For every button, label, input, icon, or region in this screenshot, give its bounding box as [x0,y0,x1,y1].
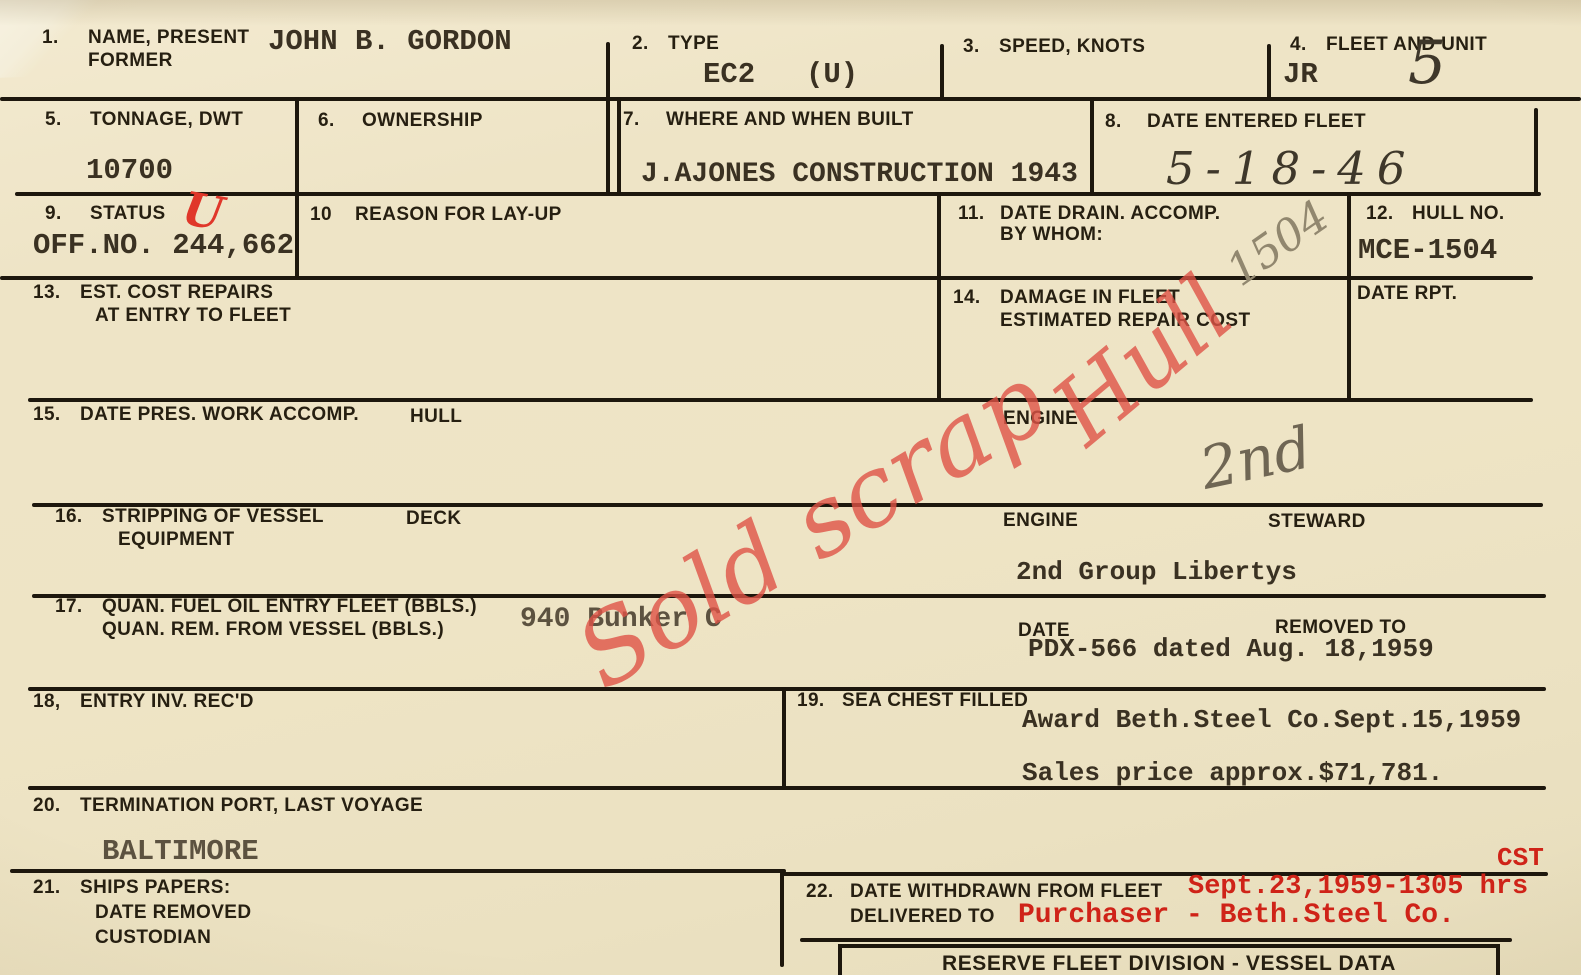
field15-number: 15. [33,404,61,426]
field10-label: REASON FOR LAY-UP [355,204,562,226]
vessel-data-card: 1. NAME, PRESENT FORMER JOHN B. GORDON 2… [0,0,1581,975]
divider [28,687,1546,691]
official-number-value: OFF.NO. 244,662 [33,231,294,260]
field7-number: 7. [623,109,640,131]
field14-number: 14. [953,287,981,309]
field18-number: 18, [33,691,61,713]
field15-label: DATE PRES. WORK ACCOMP. [80,404,359,426]
field9-label: STATUS [90,203,166,225]
field16-steward-column: STEWARD [1268,511,1366,533]
field13-number: 13. [33,282,61,304]
field8-label: DATE ENTERED FLEET [1147,111,1366,133]
date-entered-handwritten: 5-18-46 [1166,142,1417,195]
red-script-sold-scrap: Sold scrap [566,358,1059,700]
field21-sublabel-custodian: CUSTODIAN [95,927,211,949]
divider [606,42,610,194]
fleet-value: JR [1283,60,1318,89]
field18-label: ENTRY INV. REC'D [80,691,254,713]
field3-label: SPEED, KNOTS [999,36,1145,58]
field6-label: OWNERSHIP [362,110,483,132]
sales-price-value: Sales price approx.$71,781. [1022,760,1443,786]
divider [940,44,944,99]
field3-number: 3. [963,36,980,58]
field19-label: SEA CHEST FILLED [842,690,1028,712]
pencil-2nd-annotation: 2nd [1194,413,1317,503]
divider [1090,97,1094,194]
field17-number: 17. [55,596,83,618]
field21-label: SHIPS PAPERS: [80,877,231,899]
field20-number: 20. [33,795,61,817]
field12-number: 12. [1366,203,1394,225]
field11-label: DATE DRAIN. ACCOMP. [1000,203,1220,225]
field6-number: 6. [318,110,335,132]
field16-label: STRIPPING OF VESSEL [102,506,324,528]
withdrawn-date-stamp: Sept.23,1959-1305 hrs [1188,874,1528,901]
divider [0,276,1533,280]
field5-label: TONNAGE, DWT [90,109,243,131]
removed-to-value: PDX-566 dated Aug. 18,1959 [1028,636,1434,662]
divider [782,687,786,788]
field5-number: 5. [45,109,62,131]
divider [1267,44,1271,99]
field9-number: 9. [45,203,62,225]
field16-number: 16. [55,506,83,528]
built-value: J.AJONES CONSTRUCTION 1943 [641,161,1078,189]
field11-sublabel: BY WHOM: [1000,224,1103,246]
ship-name-value: JOHN B. GORDON [268,27,512,56]
field1-sublabel: FORMER [88,50,173,72]
field17-sublabel: QUAN. REM. FROM VESSEL (BBLS.) [102,619,444,641]
field8-number: 8. [1105,111,1122,133]
field22-sublabel: DELIVERED TO [850,906,995,928]
field10-number: 10 [310,204,332,226]
divider [10,869,786,873]
field22-number: 22. [806,881,834,903]
field19-number: 19. [797,690,825,712]
field21-number: 21. [33,877,61,899]
type-value-u: (U) [806,60,858,89]
field15-hull-column: HULL [410,406,462,428]
field13-sublabel: AT ENTRY TO FLEET [95,305,291,327]
pencil-1504-annotation: 1504 [1217,190,1338,296]
divider [1534,108,1538,194]
field16-deck-column: DECK [406,508,461,530]
field13-label: EST. COST REPAIRS [80,282,273,304]
divider [800,938,1512,942]
type-value: EC2 [703,60,755,89]
field16-engine-column: ENGINE [1003,510,1078,532]
field1-label: NAME, PRESENT [88,27,249,49]
termination-port-value: BALTIMORE [102,837,259,866]
delivered-to-stamp: Purchaser - Beth.Steel Co. [1018,902,1455,930]
group-libertys-value: 2nd Group Libertys [1016,559,1297,585]
hull-number-value: MCE-1504 [1358,236,1497,265]
field4-label: FLEET AND UNIT [1326,34,1487,56]
fleet-unit-handwritten: 5 [1408,28,1446,98]
field21-sublabel-date-removed: DATE REMOVED [95,902,251,924]
divider [0,97,1581,101]
field16-sublabel: EQUIPMENT [118,529,235,551]
tonnage-value: 10700 [86,156,173,185]
field1-number: 1. [42,27,59,49]
divider [937,192,941,400]
field20-label: TERMINATION PORT, LAST VOYAGE [80,795,423,817]
field17-label: QUAN. FUEL OIL ENTRY FLEET (BBLS.) [102,596,477,618]
cst-timezone-stamp: CST [1497,845,1544,871]
field12-label: HULL NO. [1412,203,1505,225]
reserve-fleet-division-title: RESERVE FLEET DIVISION - VESSEL DATA [942,952,1396,975]
divider [780,872,784,967]
reserve-fleet-division-title-box: RESERVE FLEET DIVISION - VESSEL DATA [838,944,1500,975]
divider [1347,192,1351,400]
field2-number: 2. [632,33,649,55]
date-rpt-label: DATE RPT. [1357,283,1457,305]
field11-number: 11. [958,203,985,225]
divider [295,97,299,278]
award-value: Award Beth.Steel Co.Sept.15,1959 [1022,707,1521,733]
field4-number: 4. [1290,34,1307,56]
field7-label: WHERE AND WHEN BUILT [666,109,914,131]
field2-label: TYPE [668,33,719,55]
divider [617,97,621,194]
divider [28,398,1533,402]
